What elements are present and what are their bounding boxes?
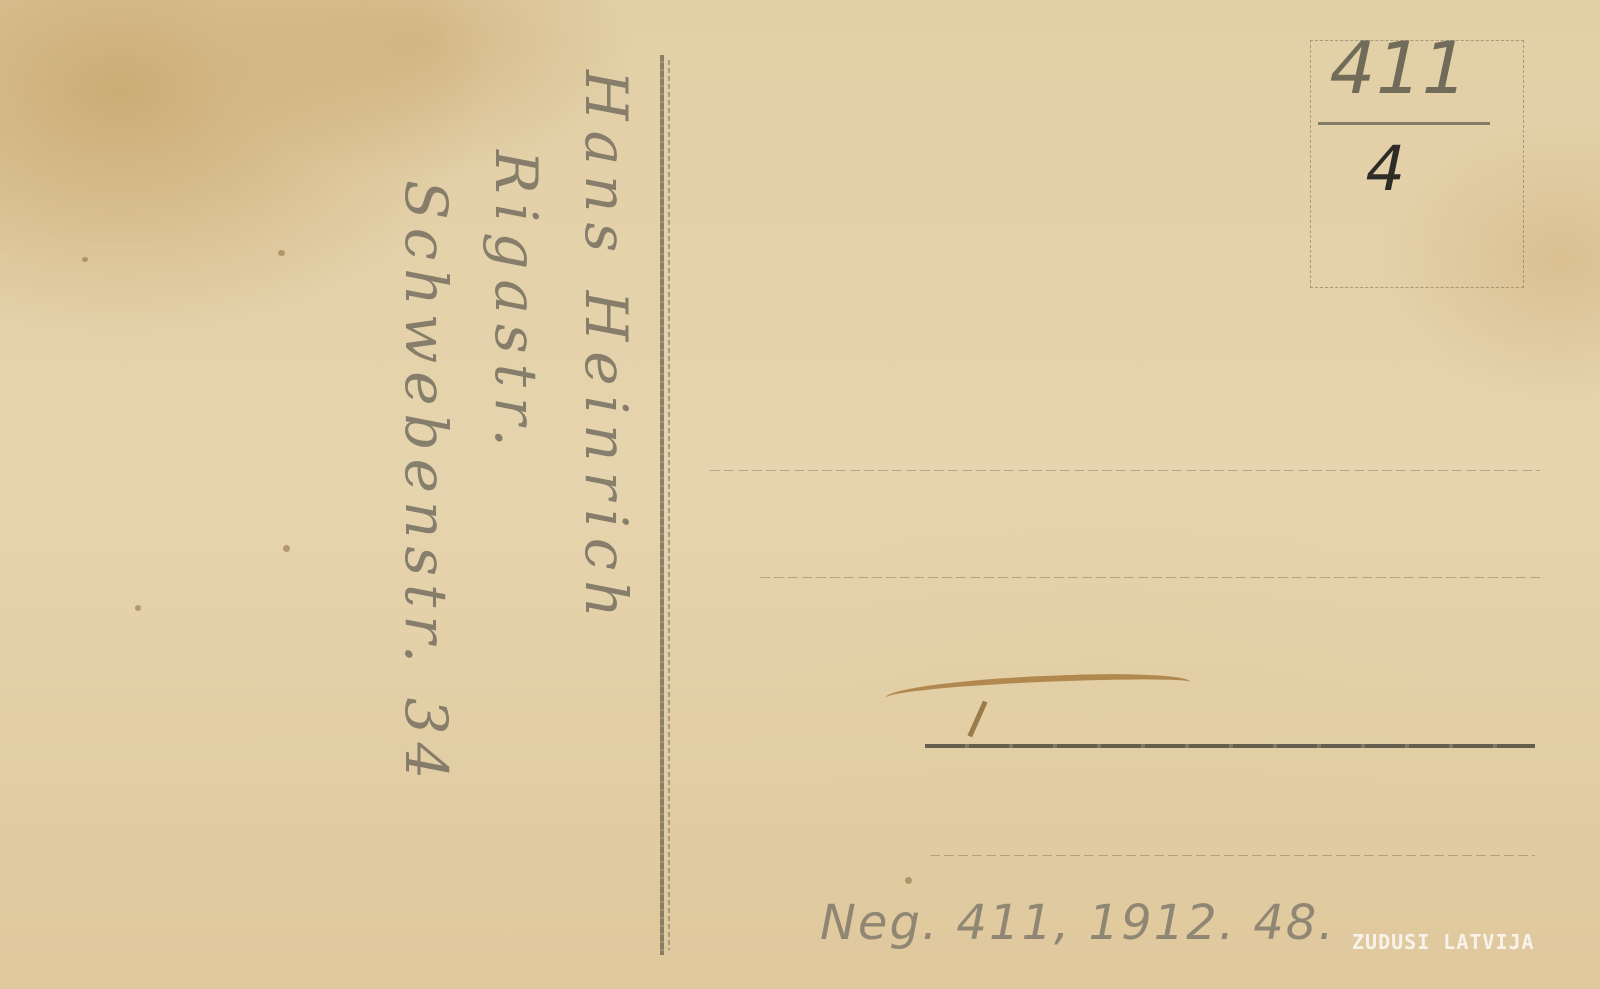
- center-divider-line: [660, 55, 664, 955]
- address-line: [760, 577, 1540, 578]
- foxing-spot: [82, 257, 88, 262]
- foxing-spot: [135, 605, 141, 611]
- foxing-spot: [905, 877, 912, 884]
- address-line: [710, 470, 1540, 471]
- fraction-bar: [1318, 122, 1490, 125]
- center-divider-line-secondary: [668, 60, 670, 950]
- address-line: [930, 855, 1535, 856]
- postcard-back: Hans Heinrich Rigastr. Schwebenstr. 34 4…: [0, 0, 1600, 989]
- watermark-logo: ZUDUSI LATVIJA: [1352, 930, 1535, 954]
- handwritten-line-1: Hans Heinrich: [572, 70, 640, 628]
- foxing-spot: [283, 545, 290, 552]
- foxing-spot: [278, 250, 285, 256]
- archive-number-top: 411: [1321, 26, 1476, 110]
- address-line-bold: [925, 744, 1535, 748]
- ink-stain-mark: [885, 671, 1191, 710]
- handwritten-line-2: Rigastr.: [482, 150, 550, 457]
- handwritten-line-3: Schwebenstr. 34: [392, 180, 460, 787]
- archive-negative-note: Neg. 411, 1912. 48.: [820, 895, 1336, 951]
